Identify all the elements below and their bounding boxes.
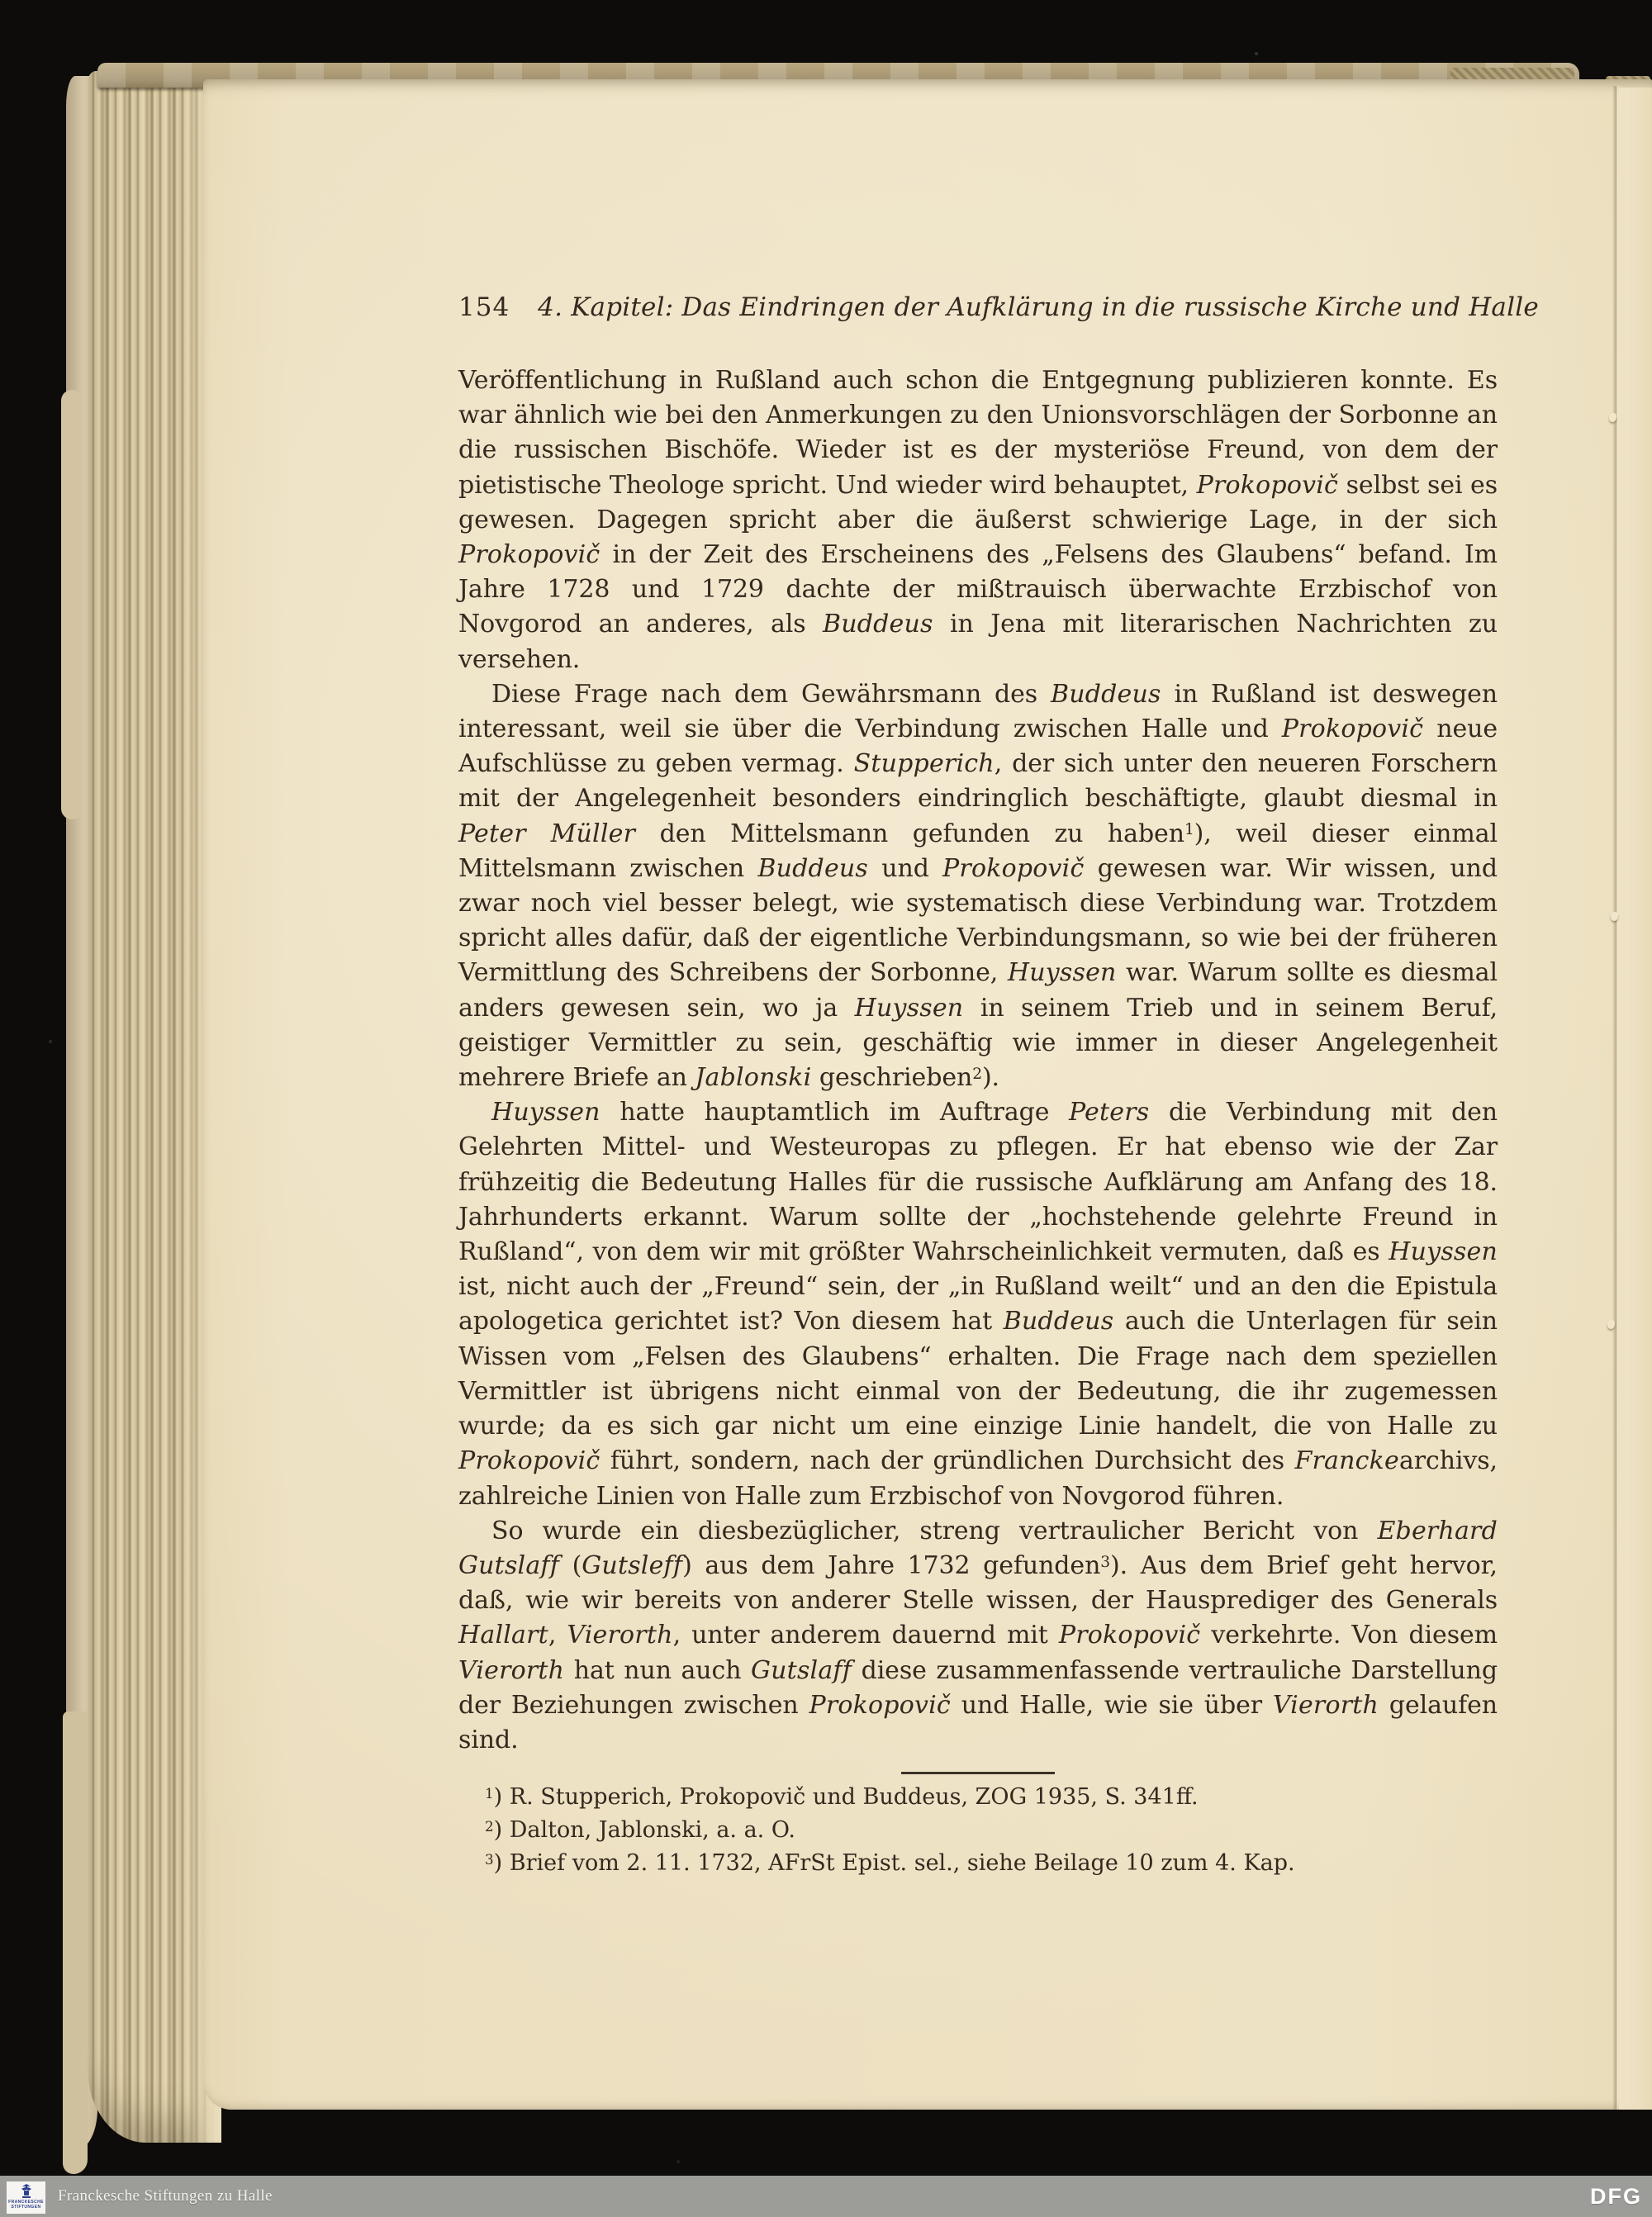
text-run: den Mittelsmann gefunden zu haben [635,819,1184,848]
viewer-bottom-bar: FRANCKESCHE STIFTUNGEN Franckesche Stift… [0,2176,1652,2217]
text-run: So wurde ein diesbezüglicher, streng ver… [491,1517,1377,1545]
emphasized-name: Prokopovič [942,854,1084,883]
emphasized-name: Huyssen [1389,1237,1498,1266]
emphasized-name: Vierorth [458,1656,564,1685]
footnote-separator [901,1772,1055,1774]
franckesche-eagle-icon [20,2183,33,2200]
emphasized-name: Huyssen [1008,958,1117,987]
text-run: Diese Frage nach dem Gewährsmann des [491,680,1051,709]
emphasized-name: Huyssen [855,994,964,1023]
scanned-book-page: 154 4. Kapitel: Das Eindringen der Aufkl… [0,0,1652,2217]
dfg-logo: DFG [1590,2184,1642,2210]
emphasized-name: Gutsleff [582,1551,682,1580]
emphasized-name: Buddeus [1004,1307,1114,1336]
emphasized-name: Buddeus [1051,680,1161,709]
emphasized-name: Vierorth [567,1621,672,1650]
body-paragraphs: Veröffentlichung in Rußland auch schon d… [458,363,1498,1758]
footnote: 3) Brief vom 2. 11. 1732, AFrSt Epist. s… [458,1847,1498,1880]
emphasized-name: Prokopovič [809,1691,950,1720]
page-surface: 154 4. Kapitel: Das Eindringen der Aufkl… [203,79,1652,2110]
emphasized-name: Prokopovič [458,540,600,569]
emphasized-name: Buddeus [757,854,868,883]
text-run: und [868,854,942,883]
footnote-ref: 3 [1100,1554,1110,1571]
footnote-ref: 1 [1184,821,1194,838]
text-run: , [548,1621,567,1650]
emphasized-name: Jablonski [695,1063,811,1092]
footnotes: 1) R. Stupperich, Prokopovič und Buddeus… [458,1781,1498,1880]
page-crease [1612,86,1619,2110]
body-paragraph: Diese Frage nach dem Gewährsmann des Bud… [458,677,1498,1095]
text-run: ). [982,1063,999,1092]
footnote-text: ) Dalton, Jablonski, a. a. O. [494,1817,795,1843]
institution-name: Franckesche Stiftungen zu Halle [58,2187,273,2205]
emphasized-name: Prokopovič [458,1446,600,1475]
footnote-marker: 2 [485,1818,494,1835]
body-paragraph: Veröffentlichung in Rußland auch schon d… [458,363,1498,677]
stacked-page-edges [88,71,220,2143]
emphasized-name: Stupperich [854,749,995,778]
footnote-text: ) R. Stupperich, Prokopovič und Buddeus,… [494,1784,1199,1810]
emphasized-name: Hallart [458,1621,548,1650]
franckesche-stiftungen-logo: FRANCKESCHE STIFTUNGEN [7,2181,45,2214]
footnote: 2) Dalton, Jablonski, a. a. O. [458,1814,1498,1847]
logo-caption: FRANCKESCHE STIFTUNGEN [8,2200,44,2210]
adjacent-page-strip [1619,88,1652,2110]
text-run: hat nun auch [564,1656,751,1685]
emphasized-name: Huyssen [491,1098,601,1127]
emphasized-name: Buddeus [823,610,933,639]
text-run: ( [559,1551,582,1580]
emphasized-name: Francke [1294,1446,1399,1475]
footnote-text: ) Brief vom 2. 11. 1732, AFrSt Epist. se… [494,1850,1295,1876]
emphasized-name: Peter Müller [458,819,635,848]
text-run: und Halle, wie sie über [951,1691,1273,1720]
emphasized-name: Gutslaff [751,1656,852,1685]
text-run: , unter anderem dauernd mit [673,1621,1059,1650]
footnote-marker: 1 [485,1785,494,1802]
footnote: 1) R. Stupperich, Prokopovič und Buddeus… [458,1781,1498,1814]
body-paragraph: So wurde ein diesbezüglicher, streng ver… [458,1514,1498,1758]
text-run: verkehrte. Von diesem [1200,1621,1498,1650]
running-header: 154 4. Kapitel: Das Eindringen der Aufkl… [458,291,1498,324]
emphasized-name: Vierorth [1273,1691,1379,1720]
scanner-dust-specks [0,0,2,2]
chapter-title: 4. Kapitel: Das Eindringen der Aufklärun… [538,291,1539,324]
emphasized-name: Prokopovič [1059,1621,1200,1650]
footnote-marker: 3 [485,1851,494,1868]
text-run: ) aus dem Jahre 1732 gefunden [682,1551,1100,1580]
body-paragraph: Huyssen hatte hauptamtlich im Auftrage P… [458,1095,1498,1513]
emphasized-name: Prokopovič [1282,714,1423,743]
page-number: 154 [458,291,510,324]
text-run: geschrieben [811,1063,972,1092]
emphasized-name: Peters [1069,1098,1149,1127]
text-run: hatte hauptamtlich im Auftrage [601,1098,1069,1127]
text-block: 154 4. Kapitel: Das Eindringen der Aufkl… [458,291,1498,1880]
footnote-ref: 2 [972,1066,982,1083]
text-run: führt, sondern, nach der gründlichen Dur… [600,1446,1294,1475]
emphasized-name: Prokopovič [1197,471,1338,500]
